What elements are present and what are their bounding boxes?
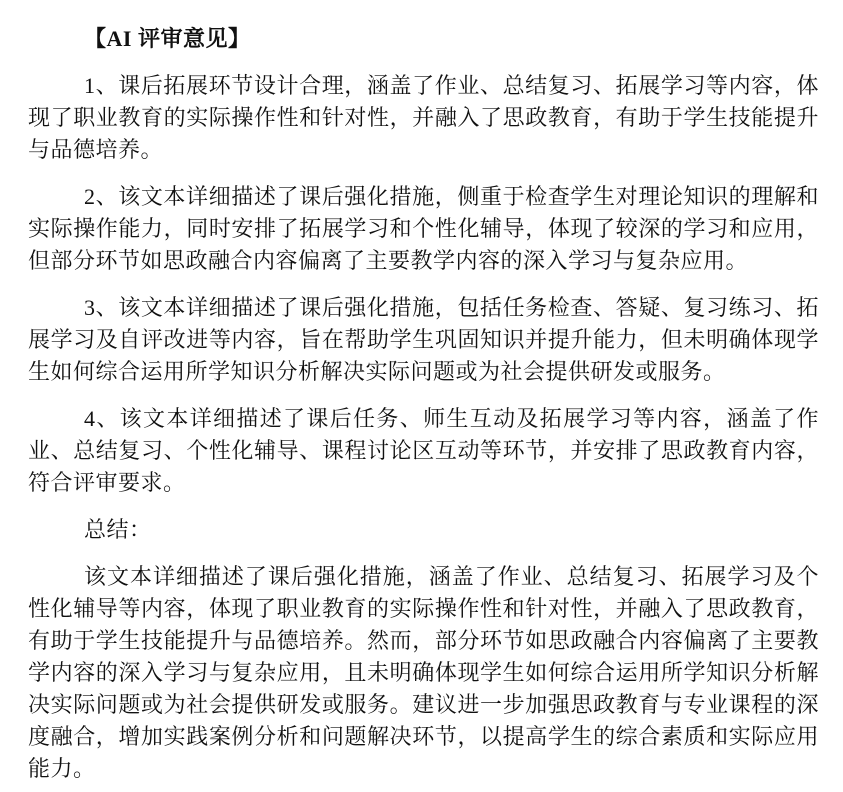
- review-item-3: 3、该文本详细描述了课后强化措施，包括任务检查、答疑、复习练习、拓展学习及自评改…: [28, 292, 819, 388]
- review-item-4: 4、该文本详细描述了课后任务、师生互动及拓展学习等内容，涵盖了作业、总结复习、个…: [28, 403, 819, 499]
- summary-paragraph: 该文本详细描述了课后强化措施，涵盖了作业、总结复习、拓展学习及个性化辅导等内容，…: [28, 561, 819, 785]
- review-item-2: 2、该文本详细描述了课后强化措施，侧重于检查学生对理论知识的理解和实际操作能力，…: [28, 181, 819, 277]
- summary-label: 总结：: [28, 514, 819, 546]
- review-item-1: 1、课后拓展环节设计合理，涵盖了作业、总结复习、拓展学习等内容，体现了职业教育的…: [28, 70, 819, 166]
- document-page: 【AI 评审意见】 1、课后拓展环节设计合理，涵盖了作业、总结复习、拓展学习等内…: [0, 0, 843, 792]
- review-heading: 【AI 评审意见】: [28, 23, 819, 55]
